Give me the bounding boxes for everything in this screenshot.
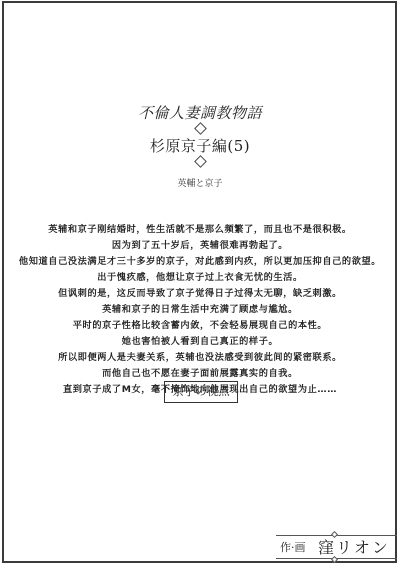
series-title: 不倫人妻調教物語 <box>0 104 400 122</box>
synopsis-line: 英辅和京子的日常生活中充满了顾虑与尴尬。 <box>0 302 400 318</box>
author-credit: 作·画 窪リオン <box>276 535 397 559</box>
synopsis-line: 他知道自己没法满足才三十多岁的京子，对此感到内疚，所以更加压抑自己的欲望。 <box>0 254 400 270</box>
title-block: 不倫人妻調教物語 杉原京子編(5) 英輔と京子 <box>0 104 400 190</box>
chapter-title: 杉原京子編(5) <box>0 137 400 155</box>
synopsis-line: 但讽刺的是，这反而导致了京子觉得日子过得太无聊，缺乏刺激。 <box>0 286 400 302</box>
synopsis-line: 平时的京子性格比较含蓄内敛，不会轻易展现自己的本性。 <box>0 318 400 334</box>
diamond-separator-icon <box>194 122 207 135</box>
synopsis-line: 因为到了五十岁后，英辅很难再勃起了。 <box>0 238 400 254</box>
diamond-separator-icon <box>194 155 207 168</box>
synopsis-line: 而他自己也不愿在妻子面前展露真实的自我。 <box>0 366 400 382</box>
synopsis-line: 出于愧疚感，他想让京子过上衣食无忧的生活。 <box>0 270 400 286</box>
synopsis-line: 所以即便两人是夫妻关系，英辅也没法感受到彼此间的紧密联系。 <box>0 350 400 366</box>
synopsis-line: 英辅和京子刚结婚时，性生活就不是那么频繁了，而且也不是很积极。 <box>0 222 400 238</box>
synopsis-line: 她也害怕被人看到自己真正的样子。 <box>0 334 400 350</box>
synopsis: 英辅和京子刚结婚时，性生活就不是那么频繁了，而且也不是很积极。 因为到了五十岁后… <box>0 222 400 398</box>
credit-role: 作·画 <box>280 540 306 556</box>
character-names: 英輔と京子 <box>0 178 400 190</box>
viewpoint-label: 京子の視点 <box>164 381 238 403</box>
credit-author-name: 窪リオン <box>318 537 390 558</box>
